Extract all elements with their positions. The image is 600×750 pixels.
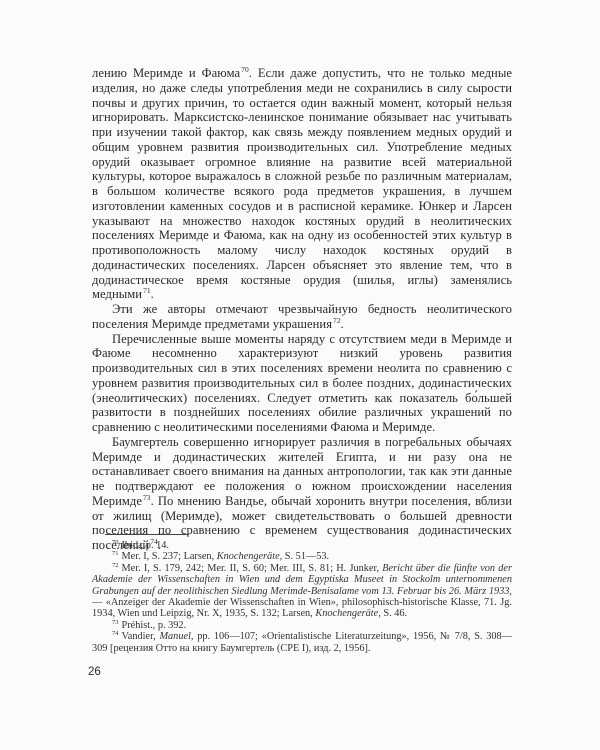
body-text: лению Меримде и Фаюма70. Если даже допус…: [92, 66, 512, 553]
paragraph-text: Эти же авторы отмечают чрезвычайную бедн…: [92, 302, 512, 331]
paragraph-text: .: [151, 287, 154, 301]
footnote-text: Mer. I, S. 237; Larsen,: [122, 551, 217, 562]
footnote-title: Manuel,: [159, 631, 193, 642]
footnote-number: 73: [112, 619, 119, 626]
paragraph-text: лению Меримде и Фаюма: [92, 66, 240, 80]
footnote-71: 71Mer. I, S. 237; Larsen, Knochengeräte,…: [92, 551, 512, 562]
footnote-number: 70: [112, 539, 119, 546]
footnotes: 70Ibid., p. 14. 71Mer. I, S. 237; Larsen…: [92, 540, 512, 654]
footnote-text: Vandier,: [122, 631, 160, 642]
paragraph-1: лению Меримде и Фаюма70. Если даже допус…: [92, 66, 512, 302]
footnote-ref-73[interactable]: 73: [143, 493, 151, 502]
paragraph-text: . Если даже допустить, что не только мед…: [92, 66, 512, 301]
footnote-70: 70Ibid., p. 14.: [92, 540, 512, 551]
footnote-number: 71: [112, 550, 119, 557]
footnote-number: 72: [112, 562, 119, 569]
paragraph-2: Эти же авторы отмечают чрезвычайную бедн…: [92, 302, 512, 332]
footnote-title: Knochengeräte,: [315, 608, 380, 619]
footnote-title: Knochengeräte,: [217, 551, 282, 562]
footnote-number: 74: [112, 630, 119, 637]
footnote-text: S. 51—53.: [282, 551, 329, 562]
footnote-73: 73Préhist., p. 392.: [92, 620, 512, 631]
paragraph-text: Перечисленные выше моменты наряду с отсу…: [92, 332, 512, 435]
paragraph-4: Баумгертель совершенно игнорирует различ…: [92, 435, 512, 553]
footnote-text: Ibid., p. 14.: [122, 540, 169, 551]
footnote-74: 74Vandier, Manuel, pp. 106—107; «Orienta…: [92, 631, 512, 654]
page-number: 26: [88, 666, 101, 678]
footnote-text: Préhist., p. 392.: [122, 620, 187, 631]
footnote-ref-72[interactable]: 72: [333, 316, 341, 325]
footnote-ref-71[interactable]: 71: [143, 286, 151, 295]
paragraph-text: .: [341, 317, 344, 331]
footnote-text: S. 46.: [381, 608, 407, 619]
footnote-text: Mer. I, S. 179, 242; Mer. II, S. 60; Mer…: [122, 563, 383, 574]
footnote-ref-70[interactable]: 70: [241, 65, 249, 74]
page-content: лению Меримде и Фаюма70. Если даже допус…: [92, 66, 512, 553]
paragraph-3: Перечисленные выше моменты наряду с отсу…: [92, 332, 512, 435]
footnote-72: 72Mer. I, S. 179, 242; Mer. II, S. 60; M…: [92, 563, 512, 620]
footnote-text: — «Anzeiger der Akademie der Wissenschaf…: [92, 597, 512, 619]
footnote-separator: [105, 534, 189, 535]
